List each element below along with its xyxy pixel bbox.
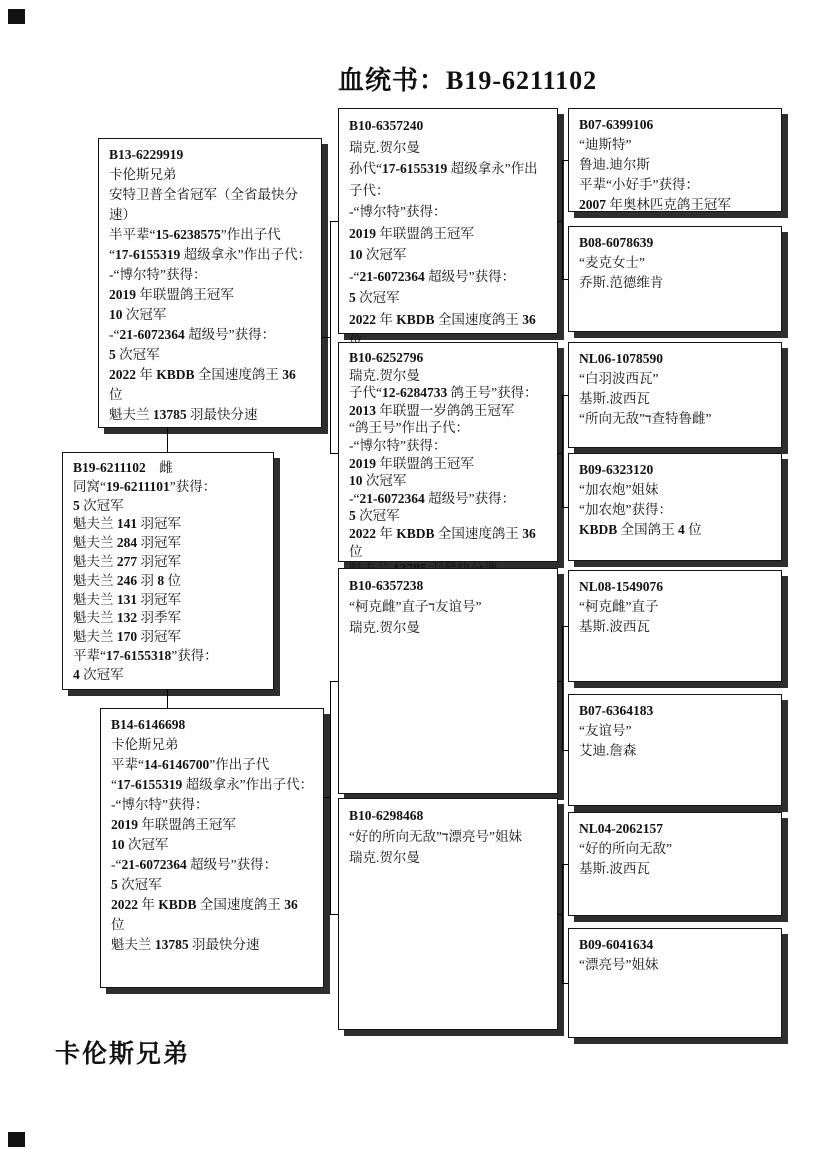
pedigree-page: 血统书：B19-6211102 B19-6211102 雌 同窝“19-6211… bbox=[0, 0, 820, 1159]
grandparent-3-text: B10-6357238 “柯克雌”直子ד友谊号” 瑞克.贺尔曼 bbox=[349, 575, 548, 638]
connector-line bbox=[558, 221, 562, 222]
connector-line bbox=[562, 864, 563, 984]
great-grandparent-5-text: NL08-1549076 “柯克雌”直子 基斯.波西瓦 bbox=[579, 577, 772, 637]
connector-line bbox=[330, 681, 338, 682]
pedigree-box-great-grandparent-1: B07-6399106 “迪斯特” 鲁迪.迪尔斯 平辈“小好手”获得： 2007… bbox=[568, 108, 782, 212]
connector-line bbox=[562, 507, 568, 508]
connector-line bbox=[330, 221, 338, 222]
pedigree-box-mother: B14-6146698 卡伦斯兄弟 平辈“14-6146700”作出子代 “17… bbox=[100, 708, 324, 988]
connector-line bbox=[562, 750, 568, 751]
pedigree-box-subject: B19-6211102 雌 同窝“19-6211101”获得： 5 次冠军 魁夫… bbox=[62, 452, 274, 690]
pedigree-box-great-grandparent-7: NL04-2062157 “好的所向无敌” 基斯.波西瓦 bbox=[568, 812, 782, 916]
great-grandparent-8-text: B09-6041634 “漂亮号”姐妹 bbox=[579, 935, 772, 975]
subject-text: B19-6211102 雌 同窝“19-6211101”获得： 5 次冠军 魁夫… bbox=[73, 459, 264, 685]
connector-line bbox=[562, 983, 568, 984]
grandparent-4-text: B10-6298468 “好的所向无敌”ד漂亮号”姐妹 瑞克.贺尔曼 bbox=[349, 805, 548, 868]
connector-line bbox=[167, 428, 168, 452]
grandparent-1-text: B10-6357240 瑞克.贺尔曼 孙代“17-6155319 超级拿永”作出… bbox=[349, 115, 548, 373]
pedigree-box-great-grandparent-8: B09-6041634 “漂亮号”姐妹 bbox=[568, 928, 782, 1038]
pedigree-box-father: B13-6229919 卡伦斯兄弟 安特卫普全省冠军（全省最快分速） 半平辈“1… bbox=[98, 138, 322, 428]
pedigree-box-grandparent-1: B10-6357240 瑞克.贺尔曼 孙代“17-6155319 超级拿永”作出… bbox=[338, 108, 558, 334]
pedigree-box-great-grandparent-2: B08-6078639 “麦克女士” 乔斯.范德维肯 bbox=[568, 226, 782, 332]
connector-line bbox=[330, 914, 338, 915]
great-grandparent-7-text: NL04-2062157 “好的所向无敌” 基斯.波西瓦 bbox=[579, 819, 772, 879]
mother-text: B14-6146698 卡伦斯兄弟 平辈“14-6146700”作出子代 “17… bbox=[111, 715, 314, 955]
pedigree-box-grandparent-2: B10-6252796 瑞克.贺尔曼 子代“12-6284733 鸽王号”获得：… bbox=[338, 342, 558, 562]
corner-mark-top-left bbox=[8, 9, 25, 24]
connector-line bbox=[562, 626, 568, 627]
connector-line bbox=[558, 681, 562, 682]
pedigree-box-great-grandparent-5: NL08-1549076 “柯克雌”直子 基斯.波西瓦 bbox=[568, 570, 782, 682]
corner-mark-bottom-left bbox=[8, 1132, 25, 1147]
great-grandparent-4-text: B09-6323120 “加农炮”姐妹 “加农炮”获得： KBDB 全国鸽王 4… bbox=[579, 460, 772, 540]
connector-line bbox=[330, 221, 331, 453]
connector-line bbox=[562, 626, 563, 751]
page-title: 血统书：B19-6211102 bbox=[338, 60, 597, 97]
great-grandparent-1-text: B07-6399106 “迪斯特” 鲁迪.迪尔斯 平辈“小好手”获得： 2007… bbox=[579, 115, 772, 215]
connector-line bbox=[558, 914, 562, 915]
connector-line bbox=[562, 160, 568, 161]
connector-line bbox=[558, 453, 562, 454]
pedigree-box-great-grandparent-6: B07-6364183 “友谊号” 艾迪.詹森 bbox=[568, 694, 782, 806]
pedigree-box-grandparent-4: B10-6298468 “好的所向无敌”ד漂亮号”姐妹 瑞克.贺尔曼 bbox=[338, 798, 558, 1030]
pedigree-box-grandparent-3: B10-6357238 “柯克雌”直子ד友谊号” 瑞克.贺尔曼 bbox=[338, 568, 558, 794]
connector-line bbox=[324, 797, 330, 798]
great-grandparent-3-text: NL06-1078590 “白羽波西瓦” 基斯.波西瓦 “所向无敌”ד查特鲁雌” bbox=[579, 349, 772, 429]
connector-line bbox=[562, 395, 563, 508]
pedigree-box-great-grandparent-3: NL06-1078590 “白羽波西瓦” 基斯.波西瓦 “所向无敌”ד查特鲁雌” bbox=[568, 342, 782, 448]
great-grandparent-2-text: B08-6078639 “麦克女士” 乔斯.范德维肯 bbox=[579, 233, 772, 293]
pedigree-box-great-grandparent-4: B09-6323120 “加农炮”姐妹 “加农炮”获得： KBDB 全国鸽王 4… bbox=[568, 453, 782, 561]
breeder-name: 卡伦斯兄弟 bbox=[55, 1034, 190, 1070]
great-grandparent-6-text: B07-6364183 “友谊号” 艾迪.詹森 bbox=[579, 701, 772, 761]
grandparent-2-text: B10-6252796 瑞克.贺尔曼 子代“12-6284733 鸽王号”获得：… bbox=[349, 349, 548, 578]
connector-line bbox=[322, 337, 330, 338]
connector-line bbox=[330, 681, 331, 915]
connector-line bbox=[330, 453, 338, 454]
connector-line bbox=[167, 690, 168, 708]
father-text: B13-6229919 卡伦斯兄弟 安特卫普全省冠军（全省最快分速） 半平辈“1… bbox=[109, 145, 312, 425]
connector-line bbox=[562, 864, 568, 865]
connector-line bbox=[562, 395, 568, 396]
connector-line bbox=[562, 279, 568, 280]
connector-line bbox=[562, 160, 563, 280]
